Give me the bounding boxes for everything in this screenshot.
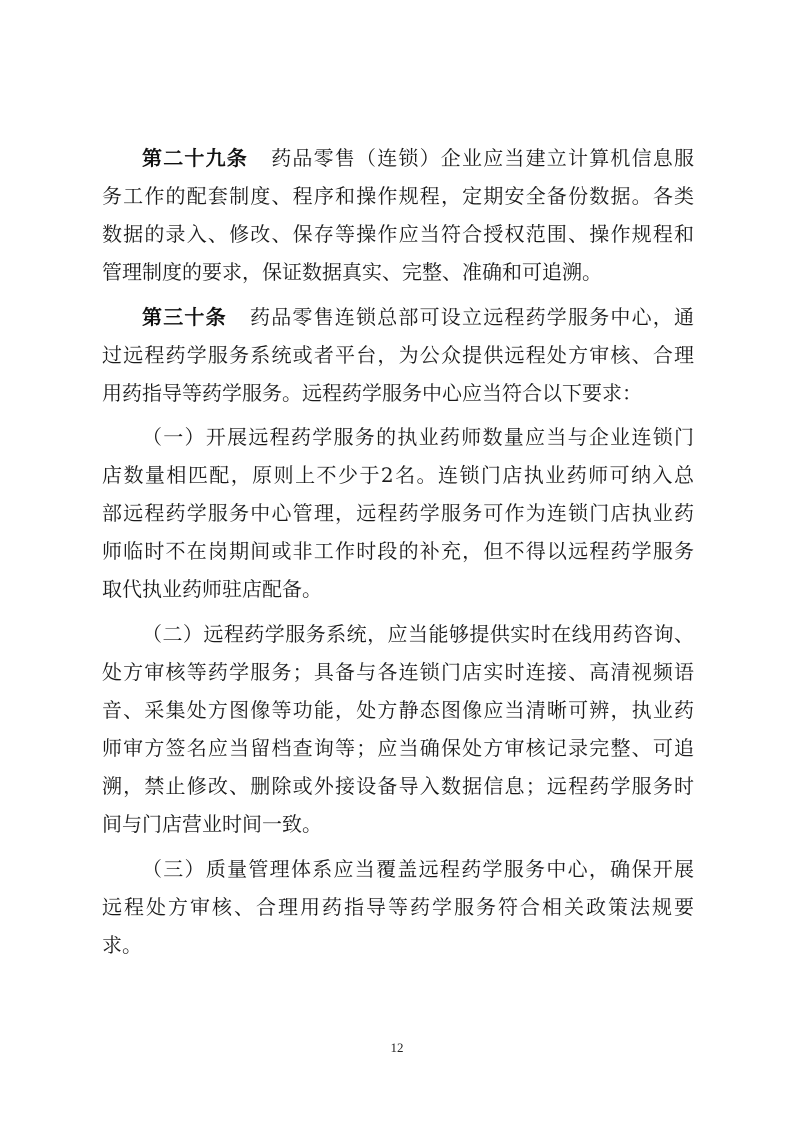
item-1-line-1: （一）开展远程药学服务的执业药师数量应当与企业连锁门 xyxy=(142,418,694,456)
item-1-line-5: 取代执业药师驻店配备。 xyxy=(102,570,694,608)
item-2-line-1: （二）远程药学服务系统，应当能够提供实时在线用药咨询、 xyxy=(142,615,694,653)
item-3-line-3: 求。 xyxy=(102,926,694,964)
article-30-line-1: 第三十条药品零售连锁总部可设立远程药学服务中心，通 xyxy=(142,298,694,336)
article-30-line-3: 用药指导等药学服务。远程药学服务中心应当符合以下要求： xyxy=(102,374,694,412)
item-3-line-1: （三）质量管理体系应当覆盖远程药学服务中心，确保开展 xyxy=(142,850,694,888)
item-3-line-2: 远程处方审核、合理用药指导等药学服务符合相关政策法规要 xyxy=(102,888,694,926)
item-2-line-6: 间与门店营业时间一致。 xyxy=(102,805,694,843)
item-1-line-3: 部远程药学服务中心管理，远程药学服务可作为连锁门店执业药 xyxy=(102,494,694,532)
article-29-line-1: 第二十九条药品零售（连锁）企业应当建立计算机信息服 xyxy=(142,139,694,177)
article-29-line-2: 务工作的配套制度、程序和操作规程，定期安全备份数据。各类 xyxy=(102,177,694,215)
document-page: 第二十九条药品零售（连锁）企业应当建立计算机信息服 务工作的配套制度、程序和操作… xyxy=(0,0,794,1123)
article-heading: 第三十条 xyxy=(142,305,227,329)
article-30-line-2: 过远程药学服务系统或者平台，为公众提供远程处方审核、合理 xyxy=(102,336,694,374)
item-1-line-4: 师临时不在岗期间或非工作时段的补充，但不得以远程药学服务 xyxy=(102,532,694,570)
item-2-line-3: 音、采集处方图像等功能，处方静态图像应当清晰可辨，执业药 xyxy=(102,691,694,729)
article-heading: 第二十九条 xyxy=(142,146,248,170)
item-1-line-2: 店数量相匹配，原则上不少于2名。连锁门店执业药师可纳入总 xyxy=(102,456,694,494)
page-number: 12 xyxy=(0,1040,794,1056)
item-2-line-4: 师审方签名应当留档查询等；应当确保处方审核记录完整、可追 xyxy=(102,729,694,767)
item-2-line-2: 处方审核等药学服务；具备与各连锁门店实时连接、高清视频语 xyxy=(102,653,694,691)
article-29-line-4: 管理制度的要求，保证数据真实、完整、准确和可追溯。 xyxy=(102,253,694,291)
item-2-line-5: 溯，禁止修改、删除或外接设备导入数据信息；远程药学服务时 xyxy=(102,767,694,805)
article-29-line-3: 数据的录入、修改、保存等操作应当符合授权范围、操作规程和 xyxy=(102,215,694,253)
